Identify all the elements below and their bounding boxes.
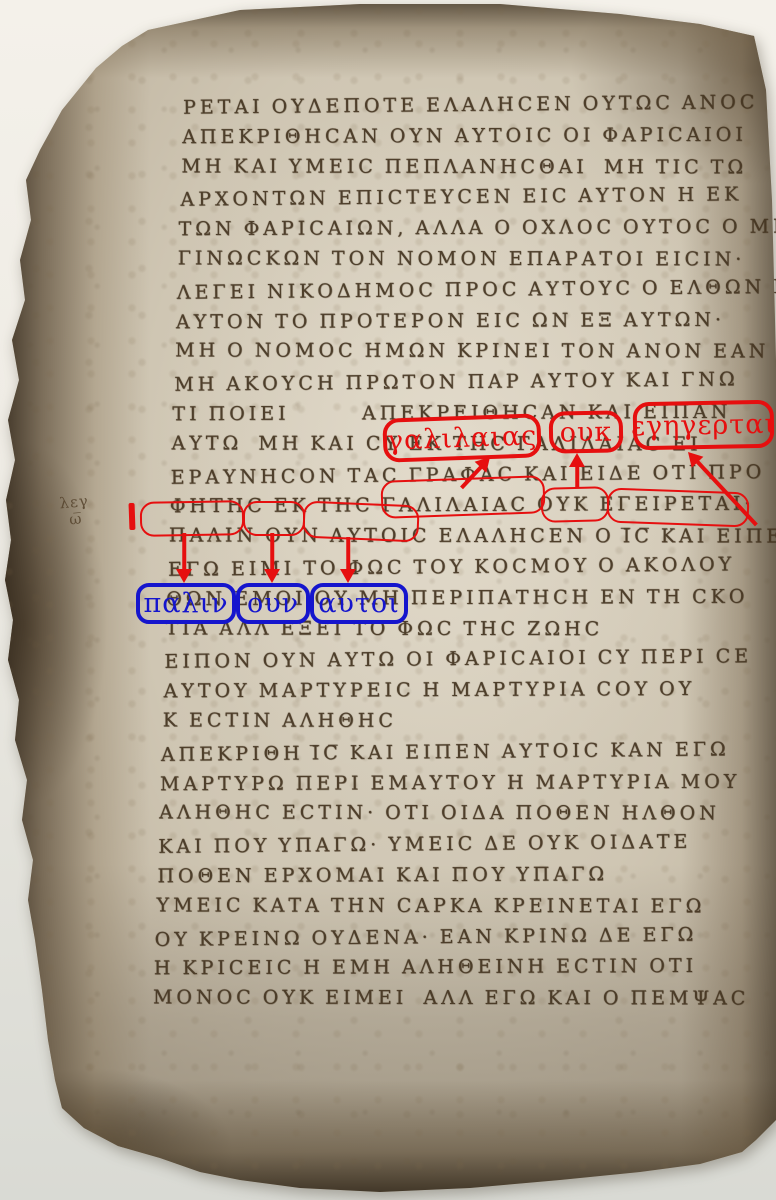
manuscript-text-block: ΡΕΤΑΙ ΟΥΔΕΠΟΤΕ ΕΛΑΛΗϹΕΝ ΟΥΤΩϹ ΑΝΟϹ ΑΠΕΚΡ…	[138, 89, 768, 1016]
label-text-palin: παλιν	[143, 588, 228, 619]
manuscript-line: Η ΚΡΙϹΕΙϹ Η ΕΜΗ ΑΛΗΘΕΙΝΗ ΕϹΤΙΝ ΟΤΙ	[154, 951, 768, 984]
manuscript-line: ΜΟΝΟϹ ΟΥΚ ΕΙΜΕΙ ΑΛΛ ΕΓΩ ΚΑΙ Ο ΠΕΜΨΑϹ	[153, 983, 768, 1015]
manuscript-line: ΤΩΝ ΦΑΡΙϹΑΙΩΝ, ΑΛΛΑ Ο ΟΧΛΟϹ ΟΥΤΟϹ Ο ΜΗ	[179, 212, 765, 245]
label-box-ouk: ουκ	[549, 410, 624, 453]
label-box-oun: ουν	[236, 583, 310, 624]
label-text-autoi: αυτοι	[318, 588, 399, 619]
manuscript-line: ΥΜΕΙϹ ΚΑΤΑ ΤΗΝ ϹΑΡΚΑ ΚΡΕΙΝΕΤΑΙ ΕΓΩ	[157, 890, 768, 922]
manuscript-line: ΜΗ ΑΚΟΥϹΗ ΠΡΩΤΟΝ ΠΑΡ ΑΥΤΟΥ ΚΑΙ ΓΝΩ	[174, 364, 765, 400]
word-box-palin	[140, 500, 245, 537]
manuscript-line: ΕΙΠΟΝ ΟΥΝ ΑΥΤΩ ΟΙ ΦΑΡΙϹΑΙΟΙ ϹΥ ΠΕΡΙ ϹΕ	[164, 641, 766, 678]
label-box-galilaias: γαλιλαιας	[382, 413, 541, 462]
label-box-autoi: αυτοι	[310, 583, 408, 624]
manuscript-line: ΕΓΩ ΕΙΜΙ ΤΟ ΦΩϹ ΤΟΥ ΚΟϹΜΟΥ Ο ΑΚΟΛΟΥ	[168, 549, 766, 586]
manuscript-line: ΜΑΡΤΥΡΩ ΠΕΡΙ ΕΜΑΥΤΟΥ Η ΜΑΡΤΥΡΙΑ ΜΟΥ	[160, 766, 767, 799]
manuscript-line: ΜΗ ΚΑΙ ΥΜΕΙϹ ΠΕΠΛΑΝΗϹΘΑΙ ΜΗ ΤΙϹ ΤΩ	[181, 151, 764, 183]
manuscript-line: ΑΠΕΚΡΙΘΗϹΑΝ ΟΥΝ ΑΥΤΟΙϹ ΟΙ ΦΑΡΙϹΑΙΟΙ	[182, 119, 764, 152]
manuscript-line: ΓΙΝΩϹΚΩΝ ΤΟΝ ΝΟΜΟΝ ΕΠΑΡΑΤΟΙ ΕΙϹΙΝ·	[178, 243, 765, 275]
word-box-autois	[302, 500, 420, 542]
label-text-egegertai: εγηγερται	[631, 408, 776, 442]
manuscript-line: ΑΡΧΟΝΤΩΝ ΕΠΙϹΤΕΥϹΕΝ ΕΙϹ ΑΥΤΟΝ Η ΕΚ	[180, 180, 764, 216]
arrow-up-ouk-icon	[569, 453, 585, 488]
manuscript-line: ΜΗ Ο ΝΟΜΟϹ ΗΜΩΝ ΚΡΙΝΕΙ ΤΟΝ ΑΝΟΝ ΕΑΝ	[175, 336, 765, 368]
manuscript-line: ΚΑΙ ΠΟΥ ΥΠΑΓΩ· ΥΜΕΙϹ ΔΕ ΟΥΚ ΟΙΔΑΤΕ	[158, 826, 767, 863]
manuscript-line: ΑΠΕΚΡΙΘΗ Ι̅Ϲ̅ ΚΑΙ ΕΙΠΕΝ ΑΥΤΟΙϹ ΚΑΝ ΕΓΩ	[161, 734, 767, 771]
arrow-down-oun-icon	[264, 533, 280, 583]
red-tick-marker	[129, 503, 136, 530]
manuscript-line: ΑΥΤΟΝ ΤΟ ΠΡΟΤΕΡΟΝ ΕΙϹ ΩΝ ΕΞ ΑΥΤΩΝ·	[176, 304, 765, 337]
arrow-down-palin-icon	[176, 533, 192, 583]
manuscript-line: ΑΛΗΘΗϹ ΕϹΤΙΝ· ΟΤΙ ΟΙΔΑ ΠΟΘΕΝ ΗΛΘΟΝ	[159, 798, 767, 830]
manuscript-line: ΡΕΤΑΙ ΟΥΔΕΠΟΤΕ ΕΛΑΛΗϹΕΝ ΟΥΤΩϹ ΑΝΟϹ	[183, 87, 764, 123]
word-box-ouk	[541, 486, 610, 523]
margin-note: λεγ ω̅	[56, 492, 93, 529]
label-text-galilaias: γαλιλαιας	[386, 420, 537, 456]
label-text-ouk: ουκ	[559, 416, 612, 448]
label-text-oun: ουν	[247, 588, 299, 619]
manuscript-line: ΛΕΓΕΙ ΝΙΚΟΔΗΜΟϹ ΠΡΟϹ ΑΥΤΟΥϹ Ο ΕΛΘΩΝ ΠΡΟϹ	[177, 272, 765, 308]
word-box-oun	[243, 501, 305, 536]
manuscript-line: ΟΥ ΚΡΕΙΝΩ ΟΥΔΕΝΑ· ΕΑΝ ΚΡΙΝΩ ΔΕ ΕΓΩ	[155, 919, 768, 956]
margin-note-line2: ω̅	[58, 509, 94, 529]
manuscript-line: ΑΥΤΟΥ ΜΑΡΤΥΡΕΙϹ Η ΜΑΡΤΥΡΙΑ ϹΟΥ ΟΥ	[164, 674, 767, 707]
label-box-egegertai: εγηγερται	[633, 400, 775, 450]
arrow-down-autoi-icon	[340, 537, 356, 583]
manuscript-line: ΠΟΘΕΝ ΕΡΧΟΜΑΙ ΚΑΙ ΠΟΥ ΥΠΑΓΩ	[157, 859, 767, 892]
label-box-palin: παλιν	[136, 583, 236, 624]
manuscript-photo: λεγ ω̅ ΡΕΤΑΙ ΟΥΔΕΠΟΤΕ ΕΛΑΛΗϹΕΝ ΟΥΤΩϹ ΑΝΟ…	[0, 0, 776, 1200]
manuscript-line: Κ ΕϹΤΙΝ ΑΛΗΘΗϹ	[163, 705, 767, 737]
